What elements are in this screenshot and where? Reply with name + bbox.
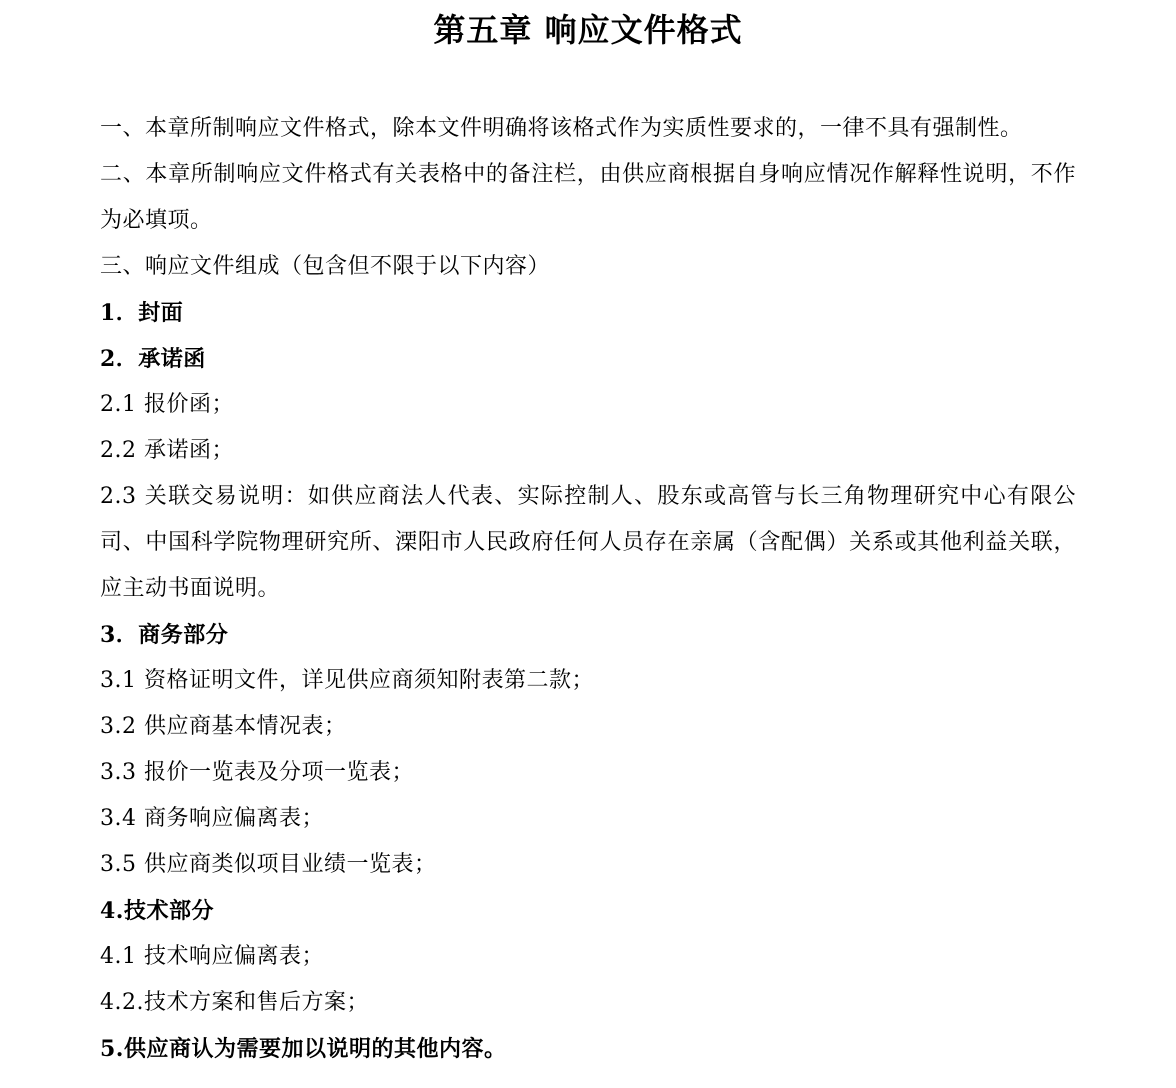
paragraph: 三、响应文件组成（包含但不限于以下内容） xyxy=(100,244,1076,290)
document-body: 一、本章所制响应文件格式，除本文件明确将该格式作为实质性要求的，一律不具有强制性… xyxy=(100,106,1076,1072)
paragraph: 3.1 资格证明文件，详见供应商须知附表第二款； xyxy=(100,658,1076,704)
paragraph: 1．封面 xyxy=(100,290,1076,336)
document-page: 第五章 响应文件格式 一、本章所制响应文件格式，除本文件明确将该格式作为实质性要… xyxy=(0,0,1176,1088)
paragraph: 3.5 供应商类似项目业绩一览表； xyxy=(100,842,1076,888)
paragraph: 4.2.技术方案和售后方案； xyxy=(100,980,1076,1026)
paragraph: 4.1 技术响应偏离表； xyxy=(100,934,1076,980)
paragraph: 2.1 报价函； xyxy=(100,382,1076,428)
paragraph: 5.供应商认为需要加以说明的其他内容。 xyxy=(100,1026,1076,1072)
paragraph: 3.3 报价一览表及分项一览表； xyxy=(100,750,1076,796)
paragraph: 一、本章所制响应文件格式，除本文件明确将该格式作为实质性要求的，一律不具有强制性… xyxy=(100,106,1076,152)
paragraph: 3.2 供应商基本情况表； xyxy=(100,704,1076,750)
paragraph: 2.3 关联交易说明：如供应商法人代表、实际控制人、股东或高管与长三角物理研究中… xyxy=(100,474,1076,612)
paragraph: 3.4 商务响应偏离表； xyxy=(100,796,1076,842)
page-title: 第五章 响应文件格式 xyxy=(100,6,1076,54)
paragraph: 3．商务部分 xyxy=(100,612,1076,658)
paragraph: 2．承诺函 xyxy=(100,336,1076,382)
paragraph: 4.技术部分 xyxy=(100,888,1076,934)
paragraph: 二、本章所制响应文件格式有关表格中的备注栏，由供应商根据自身响应情况作解释性说明… xyxy=(100,152,1076,244)
paragraph: 2.2 承诺函； xyxy=(100,428,1076,474)
